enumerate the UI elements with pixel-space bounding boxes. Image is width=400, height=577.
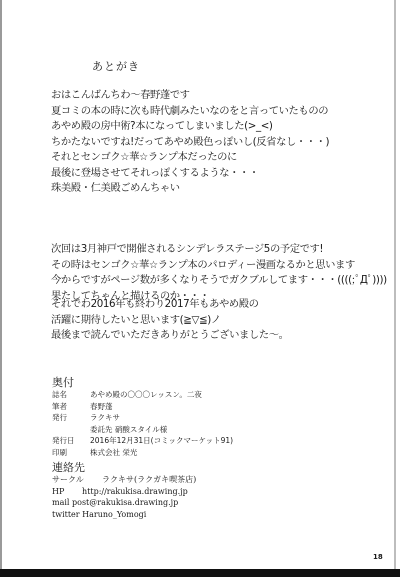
row-key: 発行 [52,412,90,424]
afterword-paragraph-1: おはこんばんちわ～春野蓬です 夏コミの本の時に次も時代劇みたいなのをと言っていた… [51,88,329,197]
text-line: 最後に登場させてそれっぽくするような・・・ [51,166,329,182]
afterword-title: あとがき [92,58,140,74]
row-value: ラクキサ [90,412,120,424]
contact-row-twitter: twitter Haruno_Yomogi [52,509,196,521]
colophon-row-consignment: 委託先 硝酸スタイル様 [52,424,233,436]
mail-link[interactable]: mail post@rakukisa.drawing.jp [52,497,178,509]
text-line: 珠美殿・仁美殿ごめんちゃい [51,181,329,197]
page-edge-bottom [0,569,400,577]
contact-info: サークル ラクキサ(ラクガキ喫茶店) HP http://rakukisa.dr… [52,474,196,520]
text-line: 次回は3月神戸で開催されるシンデレラステージ5の予定です! [51,242,387,258]
row-key [52,424,90,436]
row-value: 2016年12月31日(コミックマーケット91) [90,435,233,447]
contact-row-homepage: HP http://rakukisa.drawing.jp [52,486,196,498]
row-key: HP [52,486,82,498]
text-line: それでわ2016年も終わり2017年もあやめ殿の [51,297,289,313]
row-key: 誌名 [52,389,90,401]
colophon-row-title: 誌名 あやめ殿の〇〇〇レッスン。二夜 [52,389,233,401]
text-line: あやめ殿の房中術?本になってしまいました(>_<) [51,119,329,135]
afterword-paragraph-2: 次回は3月神戸で開催されるシンデレラステージ5の予定です! その時はセンゴク☆華… [51,242,387,304]
text-line: その時はセンゴク☆華☆ランプ本のパロディー漫画なるかと思います [51,258,387,274]
text-line: それとセンゴク☆華☆ランプ本だったのに [51,150,329,166]
afterword-paragraph-3: それでわ2016年も終わり2017年もあやめ殿の 活躍に期待したいと思います(≧… [51,297,289,344]
colophon-row-author: 筆者 春野蓬 [52,401,233,413]
row-value: 委託先 硝酸スタイル様 [90,424,167,436]
colophon: 誌名 あやめ殿の〇〇〇レッスン。二夜 筆者 春野蓬 発行 ラクキサ 委託先 硝酸… [52,389,233,458]
row-key: 印刷 [52,447,90,459]
homepage-link[interactable]: http://rakukisa.drawing.jp [82,486,188,498]
contact-title: 連絡先 [52,459,85,475]
page-edge-right [394,0,396,577]
twitter-handle[interactable]: twitter Haruno_Yomogi [52,509,146,521]
colophon-row-date: 発行日 2016年12月31日(コミックマーケット91) [52,435,233,447]
row-value: 春野蓬 [90,401,113,413]
text-line: 活躍に期待したいと思います(≧▽≦)ノ [51,313,289,329]
text-line: おはこんばんちわ～春野蓬です [51,88,329,104]
colophon-row-printer: 印刷 株式会社 栄光 [52,447,233,459]
row-key: サークル [52,474,102,486]
contact-row-circle: サークル ラクキサ(ラクガキ喫茶店) [52,474,196,486]
row-value: ラクキサ(ラクガキ喫茶店) [102,474,196,486]
contact-row-mail: mail post@rakukisa.drawing.jp [52,497,196,509]
page-number: 18 [373,553,383,561]
text-line: 今からですがページ数が多くなりそうでガクブルしてます・・・((((;ﾟДﾟ)))… [51,273,387,289]
row-key: 筆者 [52,401,90,413]
text-line: 夏コミの本の時に次も時代劇みたいなのをと言っていたものの [51,104,329,120]
colophon-title: 奥付 [52,374,74,390]
page-edge-left [0,0,2,577]
row-value: 株式会社 栄光 [90,447,137,459]
colophon-row-publisher: 発行 ラクキサ [52,412,233,424]
text-line: ちかたないですね!だってあやめ殿色っぽいし(反省なし・・・) [51,135,329,151]
row-key: 発行日 [52,435,90,447]
text-line: 最後まで読んでいただきありがとうございました～。 [51,328,289,344]
row-value: あやめ殿の〇〇〇レッスン。二夜 [90,389,202,401]
